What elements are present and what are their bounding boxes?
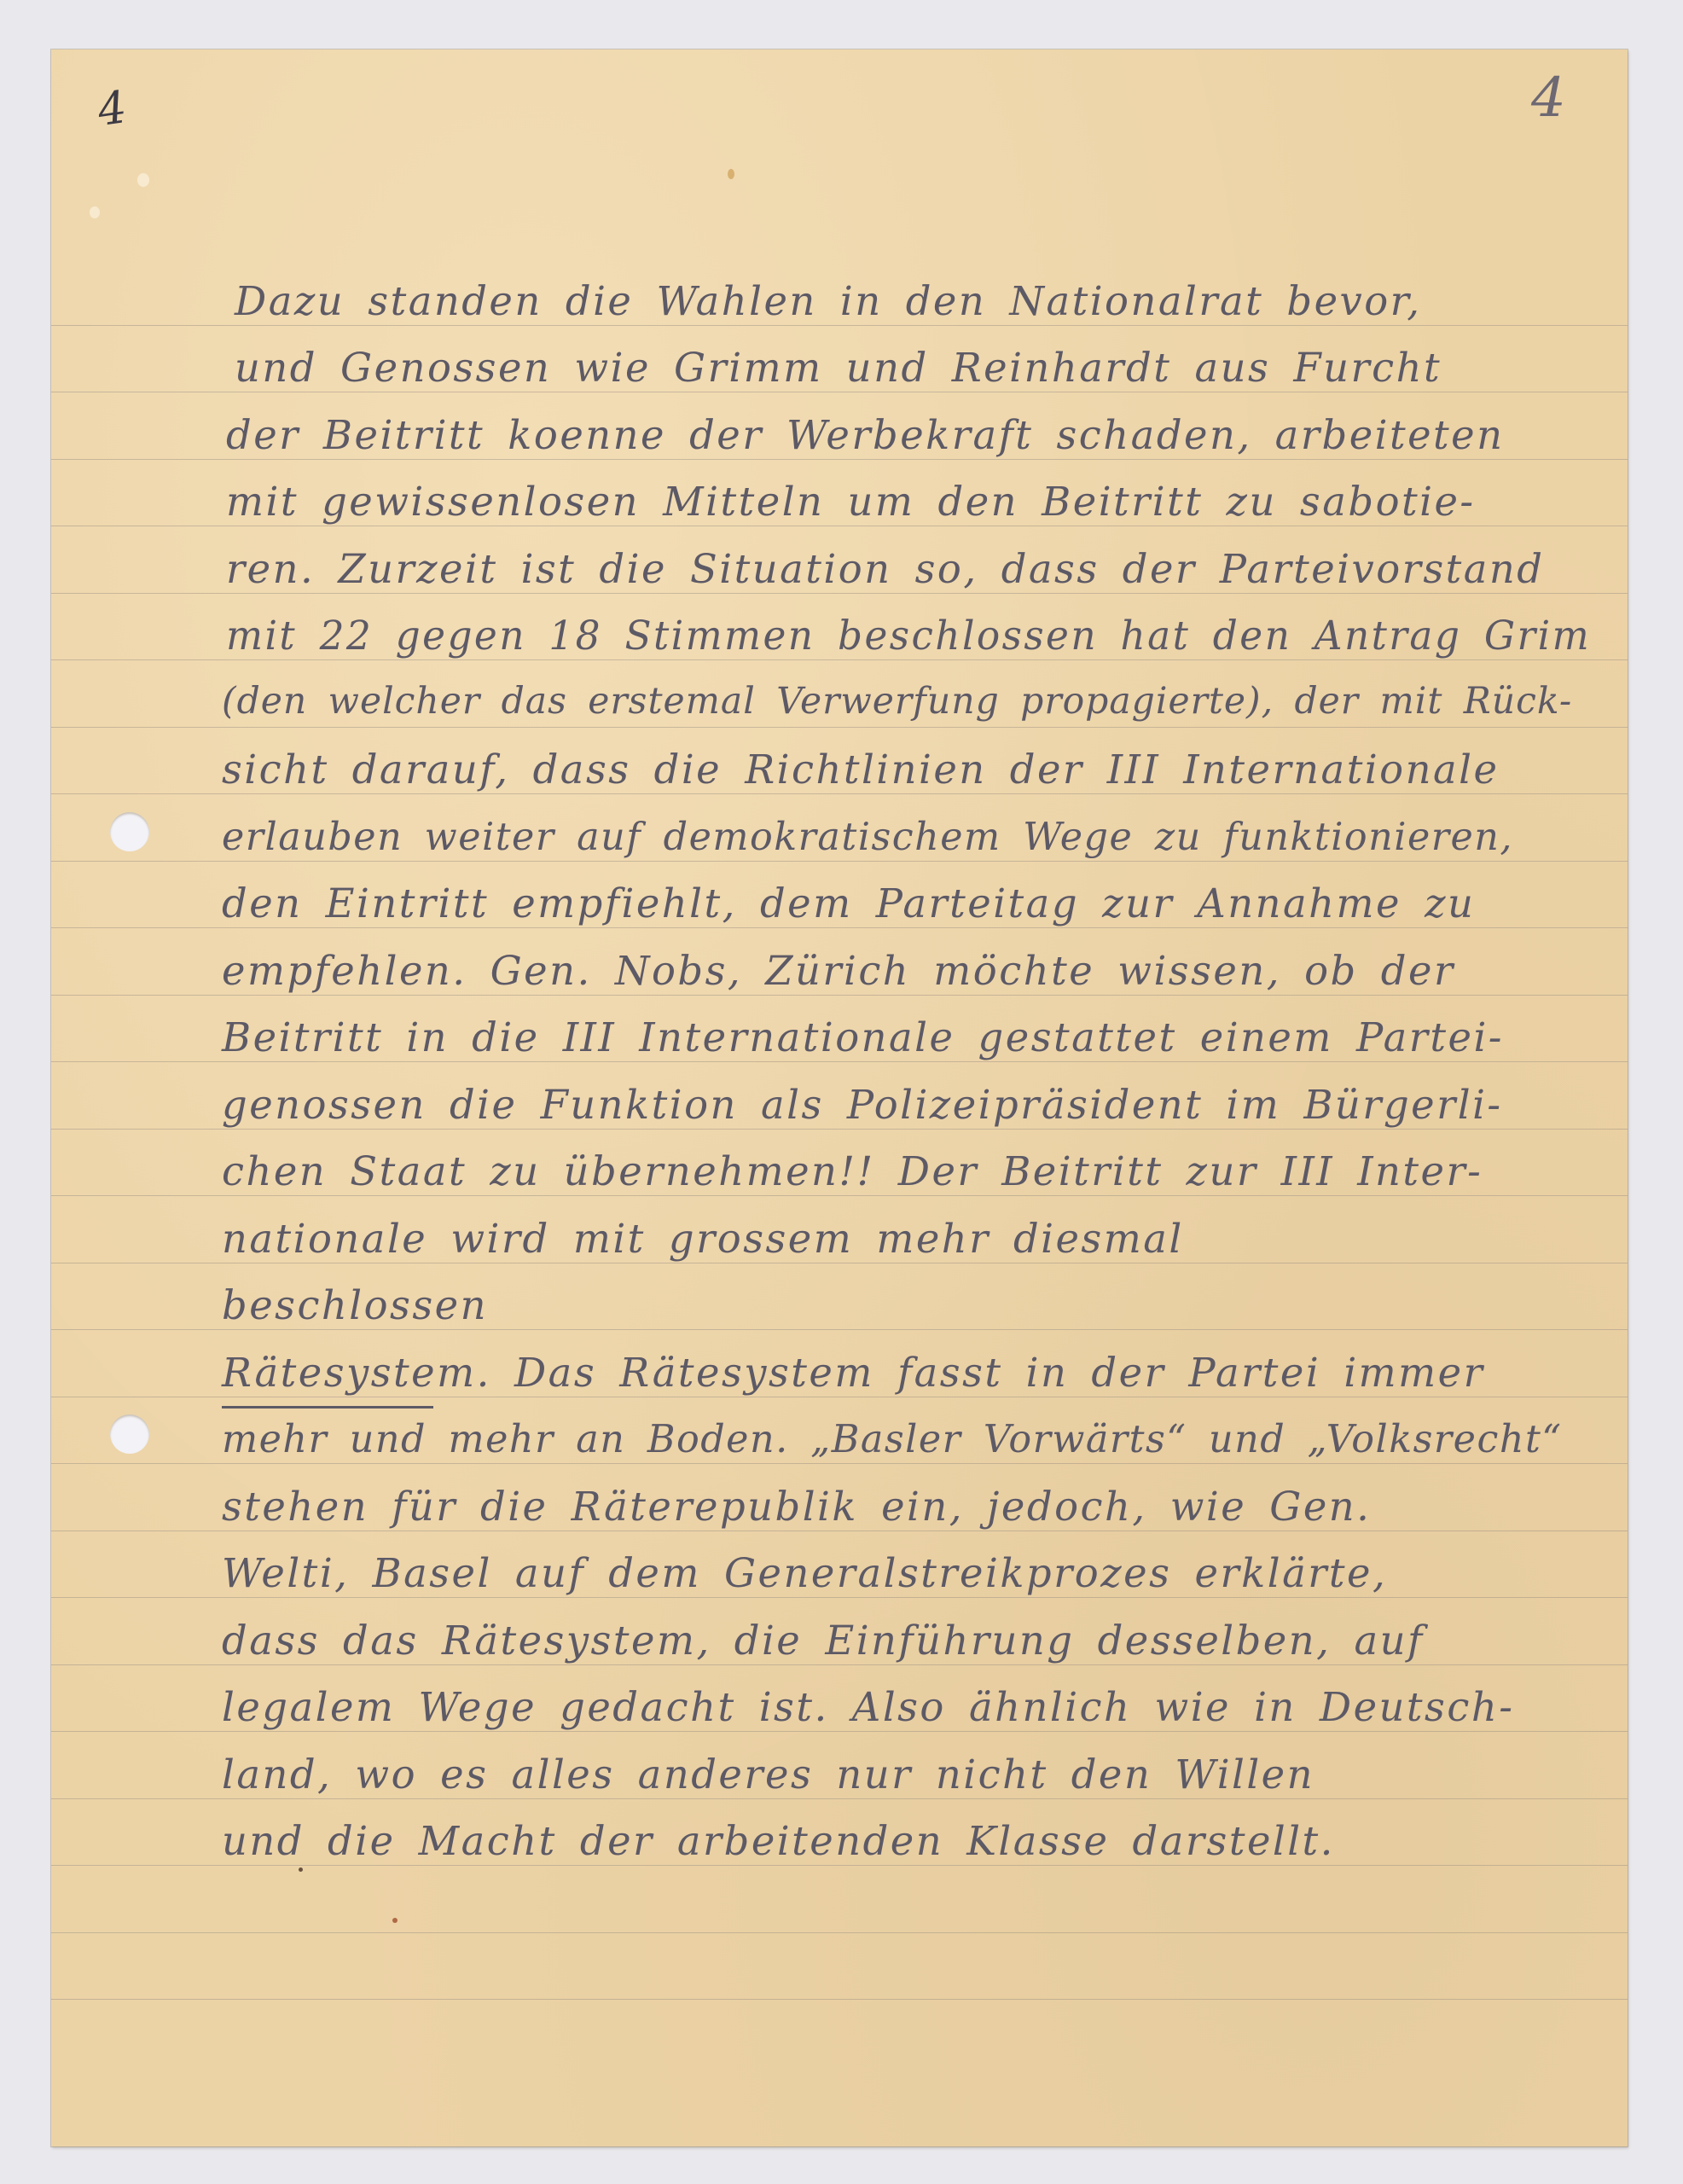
ruled-line [51,793,1628,794]
ruled-line [51,1865,1628,1866]
handwritten-line: mit 22 gegen 18 Stimmen beschlossen hat … [226,616,1561,656]
handwritten-line: dass das Rätesystem, die Einführung dess… [222,1621,1587,1661]
ruled-line [51,1397,1628,1397]
handwritten-line: land, wo es alles anderes nur nicht den … [222,1755,1587,1795]
handwritten-line: (den welcher das erstemal Verwerfung pro… [222,683,1587,720]
paper-stain [299,1867,303,1872]
handwritten-line: erlauben weiter auf demokratischem Wege … [222,817,1587,856]
handwritten-line: legalem Wege gedacht ist. Also ähnlich w… [222,1687,1587,1728]
ruled-line [51,1263,1628,1263]
handwritten-line: beschlossen [222,1286,1587,1326]
handwritten-line: und Genossen wie Grimm und Reinhardt aus… [235,348,1600,388]
ruled-line [51,1531,1628,1531]
ruled-line [51,927,1628,928]
handwritten-line: und die Macht der arbeitenden Klasse dar… [222,1821,1587,1862]
ruled-line [51,325,1628,326]
ruled-line [51,1129,1628,1130]
handwritten-line: mehr und mehr an Boden. „Basler Vorwärts… [222,1420,1587,1458]
handwritten-line: der Beitritt koenne der Werbekraft schad… [226,415,1592,456]
ruled-line [51,392,1628,392]
handwritten-line: sicht darauf, dass die Richtlinien der I… [222,750,1587,790]
page-number-top-right: 4 [1531,67,1566,130]
ruled-line [51,1798,1628,1799]
ruled-line [51,1664,1628,1665]
handwritten-line: Dazu standen die Wahlen in den Nationalr… [235,282,1600,322]
handwritten-line: empfehlen. Gen. Nobs, Zürich möchte wiss… [222,951,1587,991]
ruled-line [51,861,1628,862]
ruled-line [51,1999,1628,2000]
punch-hole-upper [110,812,149,851]
punch-hole-lower [110,1414,149,1454]
paper-stain [90,206,100,218]
section-heading-line: Rätesystem. Das Rätesystem fasst in der … [222,1353,1587,1393]
paper-stain [728,169,734,179]
ruled-line [51,459,1628,460]
ruled-line [51,1061,1628,1062]
handwritten-line: genossen die Funktion als Polizeipräside… [222,1085,1587,1125]
handwritten-line: chen Staat zu übernehmen!! Der Beitritt … [222,1152,1587,1192]
handwritten-line: nationale wird mit grossem mehr diesmal [222,1219,1587,1259]
paper-stain [392,1918,398,1923]
ruled-line [51,1463,1628,1464]
ruled-line [51,995,1628,996]
handwritten-line: Beitritt in die III Internationale gesta… [222,1018,1587,1058]
handwritten-line: den Eintritt empfiehlt, dem Parteitag zu… [222,884,1587,924]
ruled-line [51,593,1628,594]
document-page: 4 4 Dazu standen die Wahlen in den Natio… [51,49,1628,2146]
ruled-line [51,1195,1628,1196]
ruled-line [51,727,1628,728]
ruled-line [51,1597,1628,1598]
handwritten-line: stehen für die Räterepublik ein, jedoch,… [222,1487,1587,1527]
handwritten-line: Welti, Basel auf dem Generalstreikprozes… [222,1554,1587,1594]
handwritten-line: ren. Zurzeit ist die Situation so, dass … [226,549,1592,590]
handwritten-line: mit gewissenlosen Mitteln um den Beitrit… [226,482,1592,522]
page-number-top-left: 4 [95,82,130,136]
ruled-line [51,1932,1628,1933]
paper-stain [137,173,149,187]
section-heading-underline [222,1406,433,1409]
ruled-line [51,1731,1628,1732]
ruled-line [51,526,1628,526]
ruled-line [51,1329,1628,1330]
ruled-line [51,659,1628,660]
